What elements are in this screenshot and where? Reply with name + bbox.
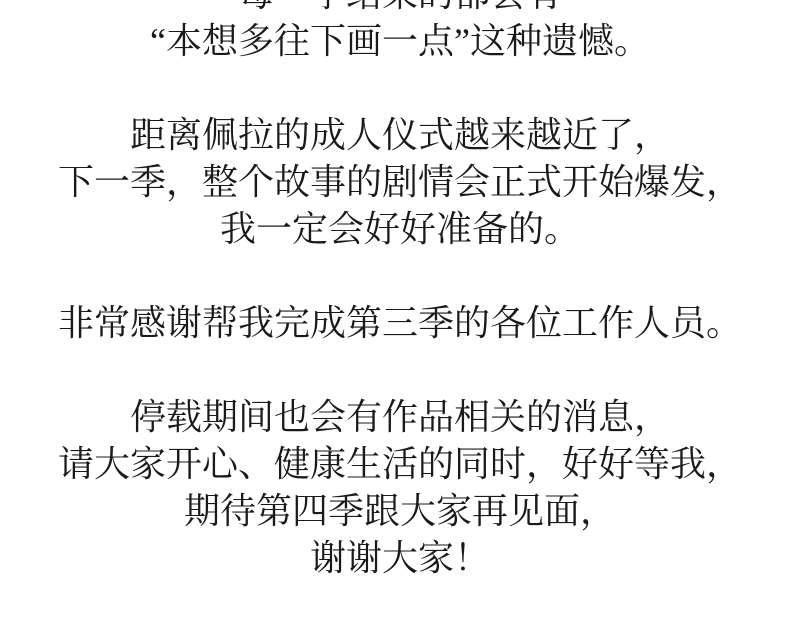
note-line-clipped-top: 每一季结束的都会有 xyxy=(0,0,800,18)
note-line: 距离佩拉的成人仪式越来越近了， xyxy=(0,112,800,159)
note-line: 期待第四季跟大家再见面， xyxy=(0,488,800,535)
note-paragraph-thanks-staff: 非常感谢帮我完成第三季的各位工作人员。 xyxy=(0,300,800,347)
note-line: 谢谢大家！ xyxy=(0,535,800,582)
note-line: 下一季，整个故事的剧情会正式开始爆发， xyxy=(0,159,800,206)
author-note-text: 每一季结束的都会有 “本想多往下画一点”这种遗憾。 距离佩拉的成人仪式越来越近了… xyxy=(0,0,800,582)
note-paragraph-next-season: 距离佩拉的成人仪式越来越近了， 下一季，整个故事的剧情会正式开始爆发， 我一定会… xyxy=(0,112,800,253)
note-line: 非常感谢帮我完成第三季的各位工作人员。 xyxy=(0,300,800,347)
note-line: “本想多往下画一点”这种遗憾。 xyxy=(0,18,800,65)
note-line: 请大家开心、健康生活的同时，好好等我， xyxy=(0,441,800,488)
note-line: 停载期间也会有作品相关的消息， xyxy=(0,394,800,441)
note-paragraph-hiatus-farewell: 停载期间也会有作品相关的消息， 请大家开心、健康生活的同时，好好等我， 期待第四… xyxy=(0,394,800,582)
note-paragraph-regret: 每一季结束的都会有 “本想多往下画一点”这种遗憾。 xyxy=(0,0,800,65)
note-line: 我一定会好好准备的。 xyxy=(0,206,800,253)
